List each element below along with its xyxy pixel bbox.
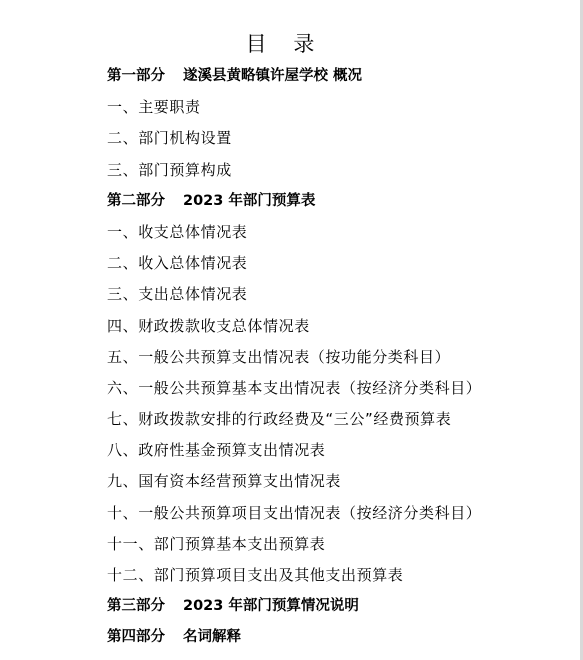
toc-item[interactable]: 二、收入总体情况表 bbox=[107, 251, 481, 282]
part-title: 名词解释 bbox=[183, 629, 241, 645]
part-title: 2023 年部门预算表 bbox=[183, 193, 315, 209]
part-prefix: 第一部分 bbox=[107, 68, 165, 84]
toc-part-3[interactable]: 第三部分2023 年部门预算情况说明 bbox=[107, 594, 481, 625]
toc-item[interactable]: 十二、部门预算项目支出及其他支出预算表 bbox=[107, 563, 481, 594]
part-title: 遂溪县黄略镇许屋学校 概况 bbox=[183, 68, 362, 84]
part-title: 2023 年部门预算情况说明 bbox=[183, 598, 359, 614]
toc-part-2[interactable]: 第二部分2023 年部门预算表 bbox=[107, 189, 481, 220]
part-prefix: 第四部分 bbox=[107, 629, 165, 645]
toc-item[interactable]: 六、一般公共预算基本支出情况表（按经济分类科目） bbox=[107, 376, 481, 407]
toc-item[interactable]: 五、一般公共预算支出情况表（按功能分类科目） bbox=[107, 345, 481, 376]
toc-part-1[interactable]: 第一部分遂溪县黄略镇许屋学校 概况 bbox=[107, 64, 481, 95]
part-prefix: 第三部分 bbox=[107, 598, 165, 614]
toc-item[interactable]: 三、支出总体情况表 bbox=[107, 282, 481, 313]
toc-item[interactable]: 三、部门预算构成 bbox=[107, 158, 481, 189]
document-page: 目 录 第一部分遂溪县黄略镇许屋学校 概况 一、主要职责 二、部门机构设置 三、… bbox=[0, 0, 580, 660]
toc-item[interactable]: 十一、部门预算基本支出预算表 bbox=[107, 532, 481, 563]
toc-part-4[interactable]: 第四部分名词解释 bbox=[107, 625, 481, 656]
part-prefix: 第二部分 bbox=[107, 193, 165, 209]
toc-item[interactable]: 十、一般公共预算项目支出情况表（按经济分类科目） bbox=[107, 501, 481, 532]
toc-item[interactable]: 二、部门机构设置 bbox=[107, 126, 481, 157]
toc-item[interactable]: 四、财政拨款收支总体情况表 bbox=[107, 314, 481, 345]
toc-item[interactable]: 一、收支总体情况表 bbox=[107, 220, 481, 251]
toc-item[interactable]: 七、财政拨款安排的行政经费及“三公”经费预算表 bbox=[107, 407, 481, 438]
toc-item[interactable]: 八、政府性基金预算支出情况表 bbox=[107, 438, 481, 469]
table-of-contents: 第一部分遂溪县黄略镇许屋学校 概况 一、主要职责 二、部门机构设置 三、部门预算… bbox=[107, 64, 481, 657]
toc-item[interactable]: 九、国有资本经营预算支出情况表 bbox=[107, 469, 481, 500]
toc-item[interactable]: 一、主要职责 bbox=[107, 95, 481, 126]
toc-title: 目 录 bbox=[0, 31, 570, 57]
